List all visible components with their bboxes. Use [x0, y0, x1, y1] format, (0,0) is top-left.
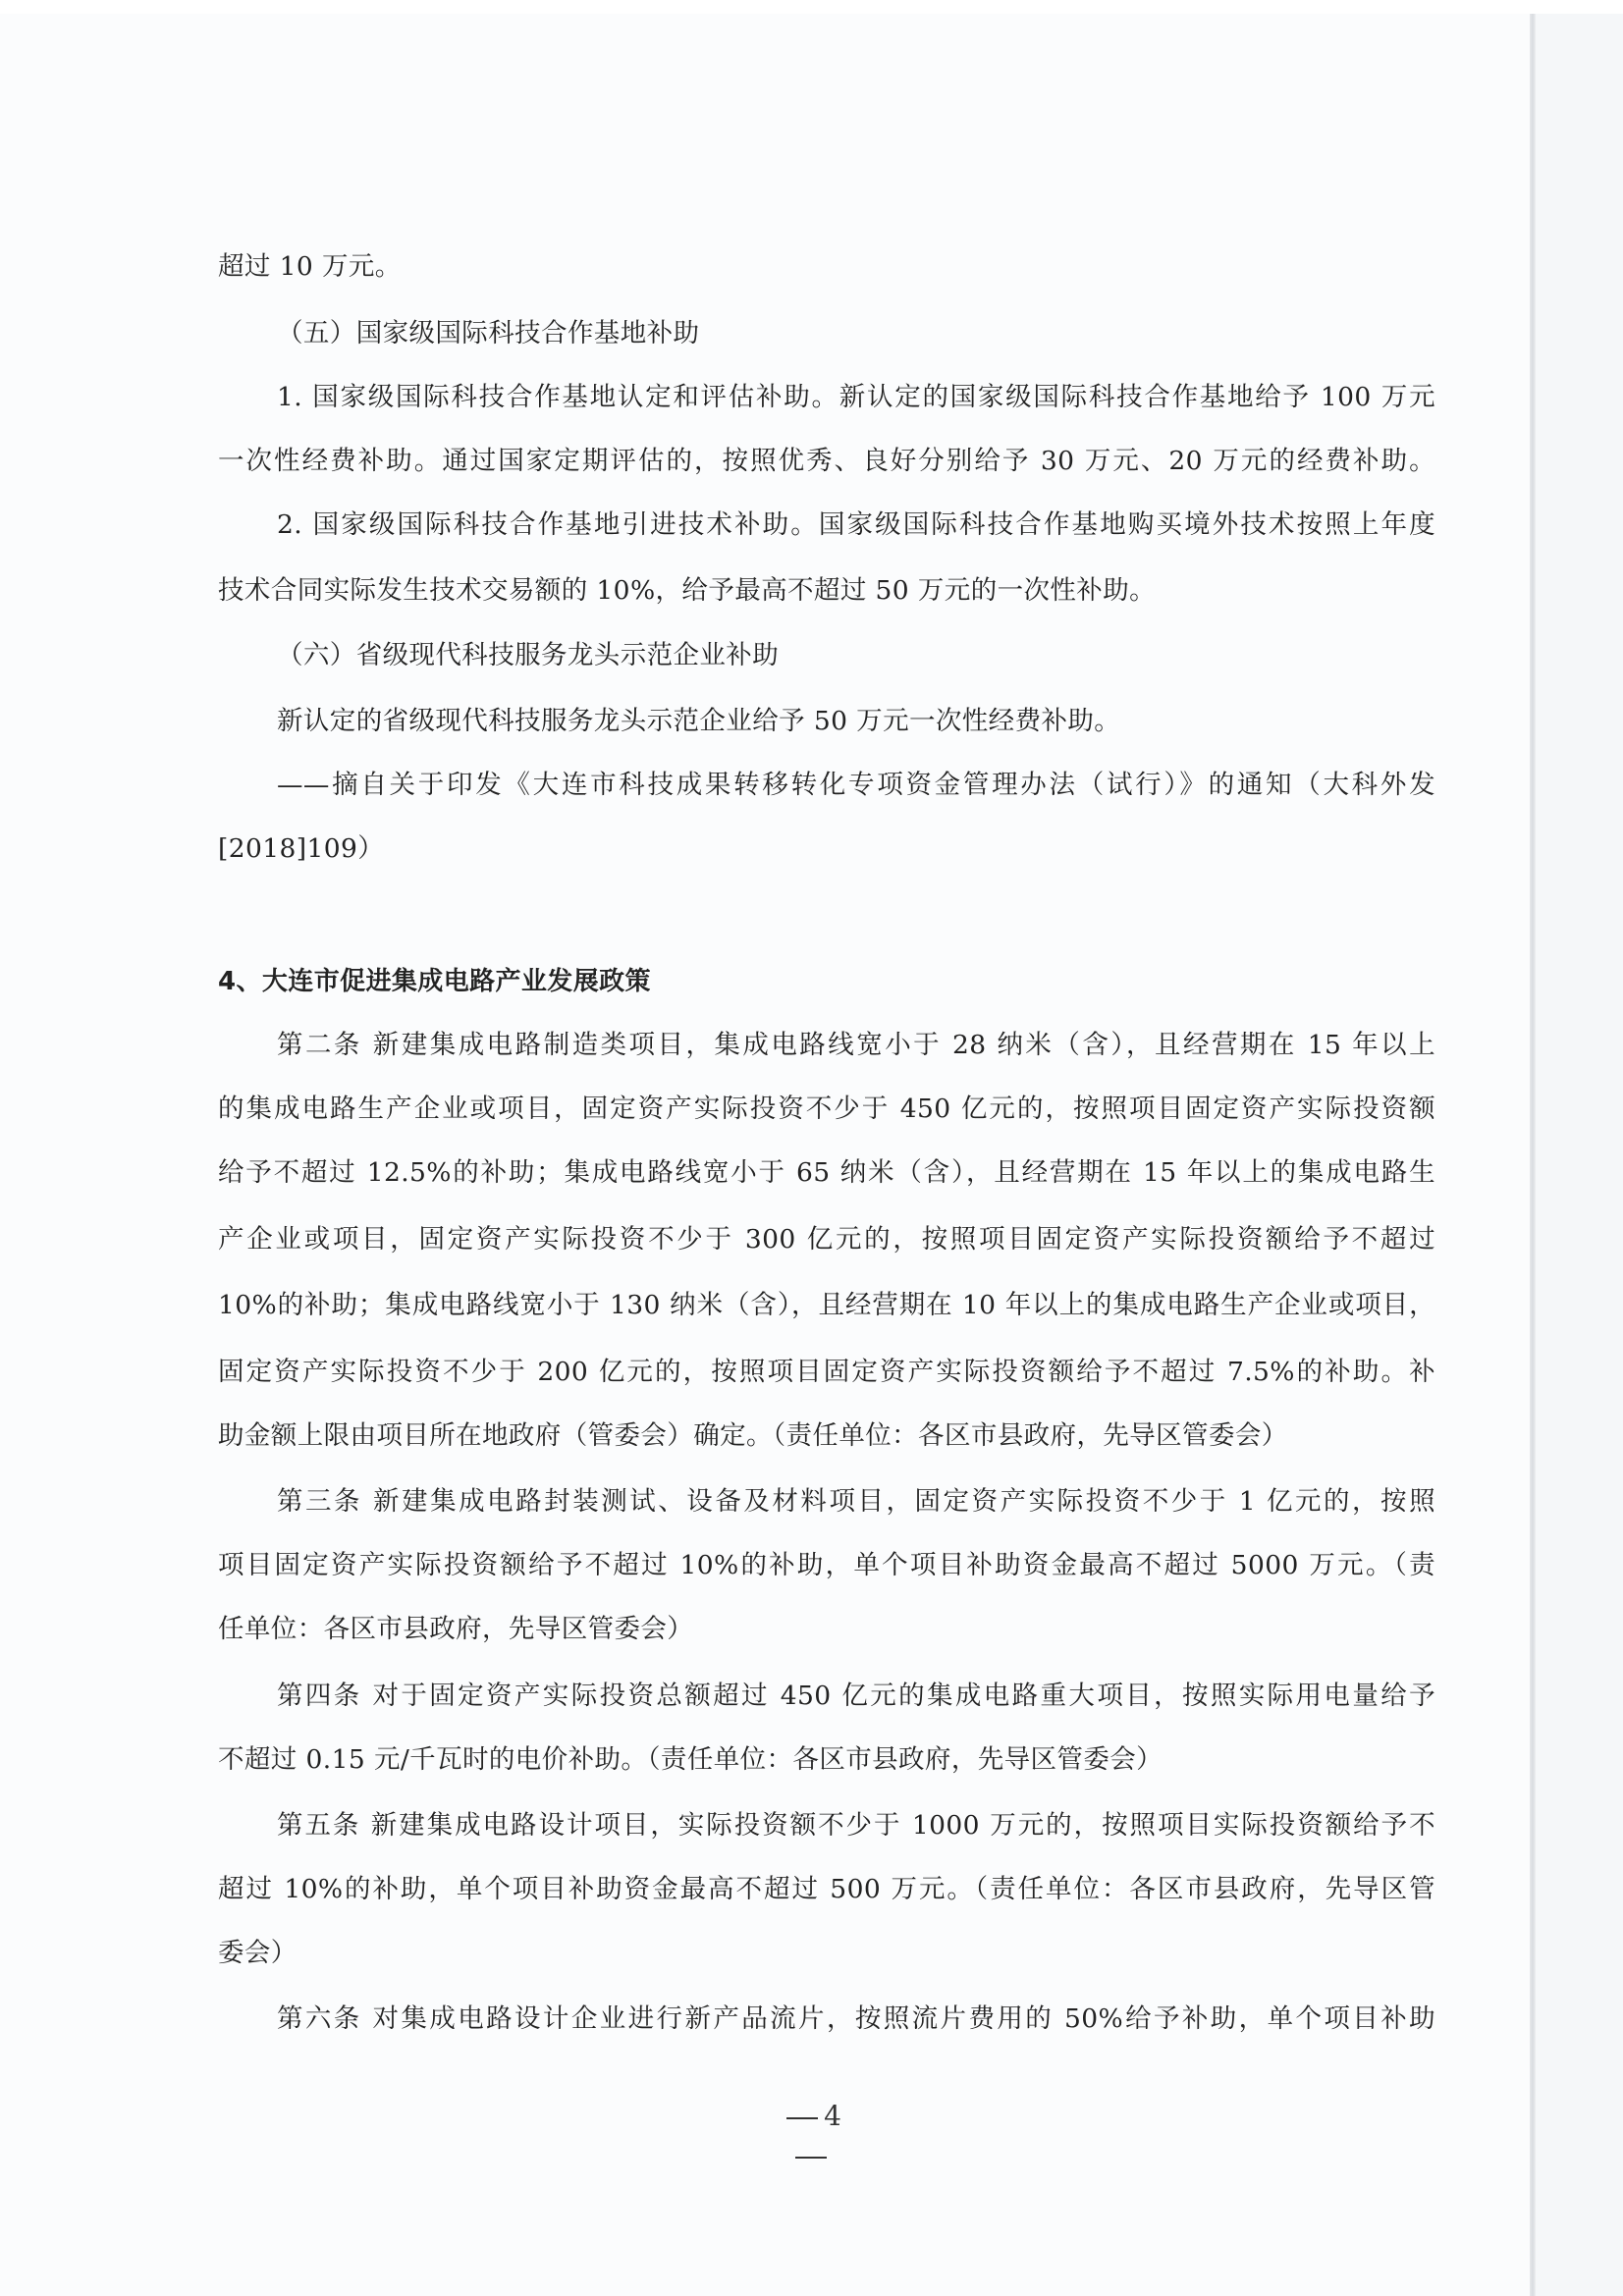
- section-heading: 4、大连市促进集成电路产业发展政策: [218, 962, 1435, 1001]
- article-line: 第五条 新建集成电路设计项目，实际投资额不少于 1000 万元的，按照项目实际投…: [277, 1806, 1435, 1845]
- subsection-heading-6: （六）省级现代科技服务龙头示范企业补助: [277, 636, 1494, 675]
- paragraph-line: 新认定的省级现代科技服务龙头示范企业给予 50 万元一次性经费补助。: [277, 702, 1494, 741]
- article-line: 委会）: [218, 1934, 1435, 1973]
- subsection-heading-5: （五）国家级国际科技合作基地补助: [277, 314, 1494, 353]
- article-line: 第三条 新建集成电路封装测试、设备及材料项目，固定资产实际投资不少于 1 亿元的…: [277, 1482, 1435, 1522]
- page-number-value: 4: [824, 2100, 841, 2132]
- paragraph-line: 1. 国家级国际科技合作基地认定和评估补助。新认定的国家级国际科技合作基地给予 …: [277, 378, 1435, 417]
- source-citation: ——摘自关于印发《大连市科技成果转移转化专项资金管理办法（试行）》的通知（大科外…: [277, 766, 1435, 805]
- article-line: 第六条 对集成电路设计企业进行新产品流片，按照流片费用的 50%给予补助，单个项…: [277, 2000, 1435, 2039]
- article-line: 10%的补助；集成电路线宽小于 130 纳米（含），且经营期在 10 年以上的集…: [218, 1286, 1435, 1325]
- paragraph-line: 一次性经费补助。通过国家定期评估的，按照优秀、良好分别给予 30 万元、20 万…: [218, 442, 1435, 481]
- article-line: 项目固定资产实际投资额给予不超过 10%的补助，单个项目补助资金最高不超过 50…: [218, 1546, 1435, 1585]
- scan-border-top: [0, 0, 1623, 14]
- dash-right: [795, 2157, 827, 2159]
- article-line: 产企业或项目，固定资产实际投资不少于 300 亿元的，按照项目固定资产实际投资额…: [218, 1220, 1435, 1259]
- paragraph-line: 技术合同实际发生技术交易额的 10%，给予最高不超过 50 万元的一次性补助。: [218, 571, 1435, 611]
- page-number: 4: [762, 2097, 860, 2175]
- article-line: 不超过 0.15 元/千瓦时的电价补助。（责任单位：各区市县政府，先导区管委会）: [218, 1740, 1435, 1780]
- article-line: 任单位：各区市县政府，先导区管委会）: [218, 1610, 1435, 1649]
- source-citation-number: [2018]109）: [218, 829, 1435, 869]
- dash-left: [786, 2117, 818, 2119]
- adjacent-page-edge: [1536, 14, 1623, 2296]
- paragraph-line: 2. 国家级国际科技合作基地引进技术补助。国家级国际科技合作基地购买境外技术按照…: [277, 506, 1435, 545]
- article-line: 固定资产实际投资不少于 200 亿元的，按照项目固定资产实际投资额给予不超过 7…: [218, 1353, 1435, 1392]
- article-line: 助金额上限由项目所在地政府（管委会）确定。（责任单位：各区市县政府，先导区管委会…: [218, 1416, 1435, 1456]
- article-line: 给予不超过 12.5%的补助；集成电路线宽小于 65 纳米（含），且经营期在 1…: [218, 1153, 1435, 1193]
- article-line: 的集成电路生产企业或项目，固定资产实际投资不少于 450 亿元的，按照项目固定资…: [218, 1090, 1435, 1129]
- article-line: 超过 10%的补助，单个项目补助资金最高不超过 500 万元。（责任单位：各区市…: [218, 1870, 1435, 1909]
- article-line: 第四条 对于固定资产实际投资总额超过 450 亿元的集成电路重大项目，按照实际用…: [277, 1677, 1435, 1716]
- paragraph-line: 超过 10 万元。: [218, 247, 1435, 287]
- article-line: 第二条 新建集成电路制造类项目，集成电路线宽小于 28 纳米（含），且经营期在 …: [277, 1026, 1435, 1065]
